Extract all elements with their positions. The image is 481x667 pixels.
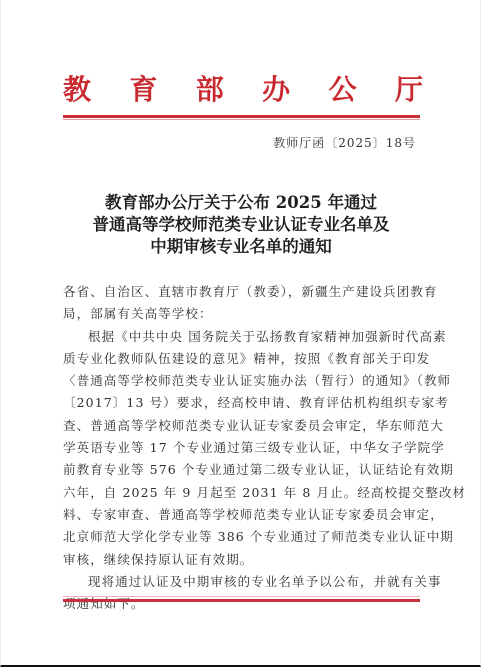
issuer-title-char: 部: [196, 72, 224, 108]
paragraph-line: 审核，继续保持原认证有效期。: [63, 549, 421, 571]
paragraph-line: 查、普通高等学校师范类专业认证专家委员会审定，华东师范大: [63, 415, 421, 437]
paragraph-line: 料、专家审查、普通高等学校师范类专业认证专家委员会审定，: [63, 504, 421, 526]
header-red-rule-thin: [63, 119, 420, 120]
issuer-title-char: 教: [63, 72, 91, 108]
paragraph-line: 〔2017〕13 号）要求，经高校申请、教育评估机构组织专家考: [63, 392, 421, 414]
header-red-rule-thick: [63, 115, 420, 118]
document-body: 各省、自治区、直辖市教育厅（教委），新疆生产建设兵团教育 局，部属有关高等学校：…: [63, 281, 421, 615]
header-red-rule: [63, 115, 420, 120]
heading-line: 教育部办公厅关于公布 2025 年通过: [41, 192, 441, 214]
document-page: 教 育 部 办 公 厅 教师厅函〔2025〕18号 教育部办公厅关于公布 202…: [0, 0, 481, 667]
heading-line: 普通高等学校师范类专业认证专业名单及: [41, 214, 441, 236]
footer-red-rule-thin: [63, 596, 420, 597]
paragraph-line: 根据《中共中央 国务院关于弘扬教育家精神加强新时代高素: [63, 326, 421, 348]
paragraph-line: 北京师范大学化学专业等 386 个专业通过了师范类专业认证中期: [63, 526, 421, 548]
paragraph-line: 前教育专业等 576 个专业通过第二级专业认证，认证结论有效期: [63, 459, 421, 481]
paragraph-line: 六年，自 2025 年 9 月起至 2031 年 8 月止。经高校提交整改材: [63, 482, 421, 504]
issuer-title-char: 公: [329, 72, 357, 108]
footer-red-rule: [63, 596, 420, 602]
document-heading: 教育部办公厅关于公布 2025 年通过 普通高等学校师范类专业认证专业名单及 中…: [41, 192, 441, 258]
issuer-title-char: 育: [129, 72, 157, 108]
addressee-line: 各省、自治区、直辖市教育厅（教委），新疆生产建设兵团教育: [63, 281, 421, 303]
issuer-title-char: 办: [262, 72, 290, 108]
heading-line: 中期审核专业名单的通知: [41, 236, 441, 258]
document-number: 教师厅函〔2025〕18号: [273, 134, 416, 151]
addressee-line: 局，部属有关高等学校：: [63, 303, 421, 325]
paragraph-line: 学英语专业等 17 个专业通过第三级专业认证，中华女子学院学: [63, 437, 421, 459]
footer-red-rule-thick: [63, 599, 420, 602]
paragraph-line: 现将通过认证及中期审核的专业名单予以公布，并就有关事: [63, 571, 421, 593]
issuer-title-char: 厅: [395, 72, 423, 108]
paragraph-line: 质专业化教师队伍建设的意见》精神，按照《教育部关于印发: [63, 348, 421, 370]
issuer-title: 教 育 部 办 公 厅: [63, 72, 423, 108]
paragraph-line: 〈普通高等学校师范类专业认证实施办法（暂行）的通知》（教师: [63, 370, 421, 392]
